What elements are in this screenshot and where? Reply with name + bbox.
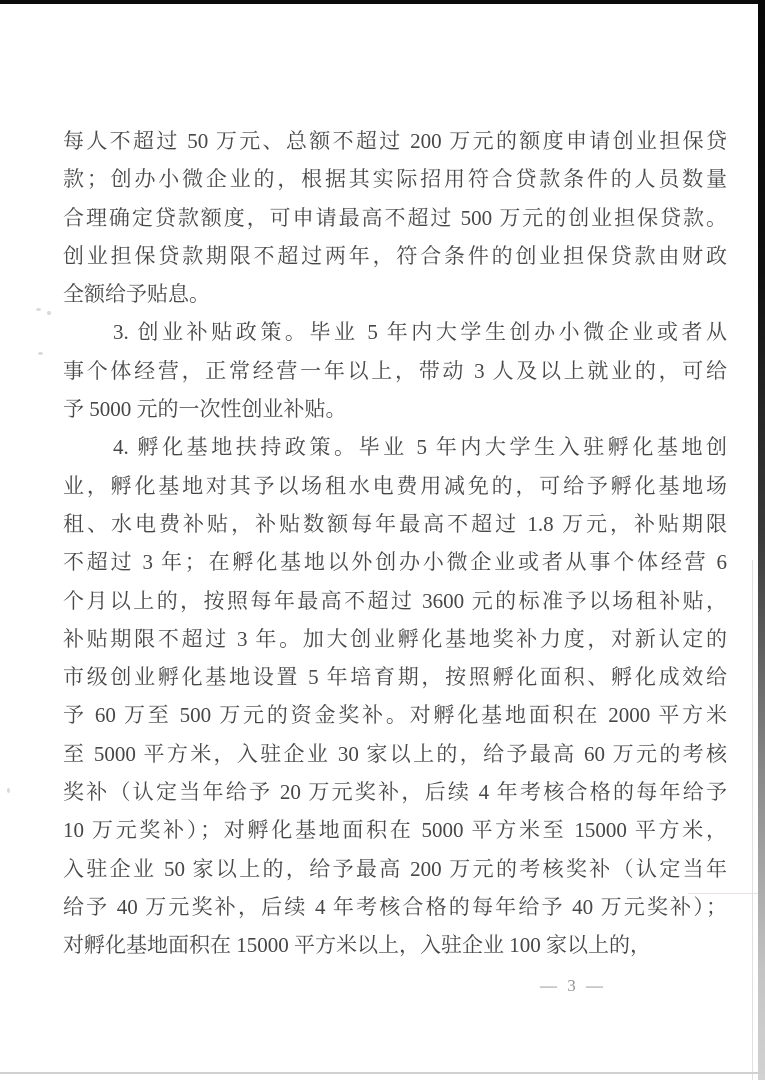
text-line: 对孵化基地面积在 15000 平方米以上，入驻企业 100 家以上的， [63,926,727,964]
scan-speck [38,352,43,355]
scan-speck [36,308,41,311]
text-line: 全额给予贴息。 [63,275,727,313]
text-line: 给予 40 万元奖补，后续 4 年考核合格的每年给予 40 万元奖补）； [63,888,727,926]
text-line: 至 5000 平方米，入驻企业 30 家以上的，给予最高 60 万元的考核 [63,735,727,773]
text-line: 事个体经营，正常经营一年以上，带动 3 人及以上就业的，可给 [63,352,727,390]
text-line: 奖补（认定当年给予 20 万元奖补，后续 4 年考核合格的每年给予 [63,773,727,811]
text-line: 合理确定贷款额度，可申请最高不超过 500 万元的创业担保贷款。 [63,199,727,237]
text-line: 补贴期限不超过 3 年。加大创业孵化基地奖补力度，对新认定的 [63,620,727,658]
text-line: 不超过 3 年；在孵化基地以外创办小微企业或者从事个体经营 6 [63,543,727,581]
text-line: 每人不超过 50 万元、总额不超过 200 万元的额度申请创业担保贷 [63,122,727,160]
text-line: 予 5000 元的一次性创业补贴。 [63,390,727,428]
text-line: 款；创办小微企业的，根据其实际招用符合贷款条件的人员数量 [63,160,727,198]
scan-speck [7,788,10,793]
text-line: 予 60 万至 500 万元的资金奖补。对孵化基地面积在 2000 平方米 [63,696,727,734]
scan-edge-right-inner-line [752,560,753,1080]
text-line: 个月以上的，按照每年最高不超过 3600 元的标准予以场租补贴， [63,582,727,620]
text-line: 租、水电费补贴，补贴数额每年最高不超过 1.8 万元，补贴期限 [63,505,727,543]
page-number: — 3 — [540,976,606,996]
text-line: 入驻企业 50 家以上的，给予最高 200 万元的考核奖补（认定当年 [63,850,727,888]
scan-edge-bottom [0,1072,765,1074]
text-line: 3. 创业补贴政策。毕业 5 年内大学生创办小微企业或者从 [63,313,727,351]
document-body: 每人不超过 50 万元、总额不超过 200 万元的额度申请创业担保贷款；创办小微… [63,122,727,965]
scan-edge-top [0,0,765,4]
text-line: 创业担保贷款期限不超过两年，符合条件的创业担保贷款由财政 [63,237,727,275]
text-line: 市级创业孵化基地设置 5 年培育期，按照孵化面积、孵化成效给 [63,658,727,696]
text-line: 10 万元奖补）；对孵化基地面积在 5000 平方米至 15000 平方米， [63,811,727,849]
scan-edge-right [758,0,765,1080]
scanned-document-page: 每人不超过 50 万元、总额不超过 200 万元的额度申请创业担保贷款；创办小微… [0,0,765,1080]
text-line: 4. 孵化基地扶持政策。毕业 5 年内大学生入驻孵化基地创 [63,428,727,466]
scan-speck [47,311,51,315]
text-line: 业，孵化基地对其予以场租水电费用减免的，可给予孵化基地场 [63,467,727,505]
